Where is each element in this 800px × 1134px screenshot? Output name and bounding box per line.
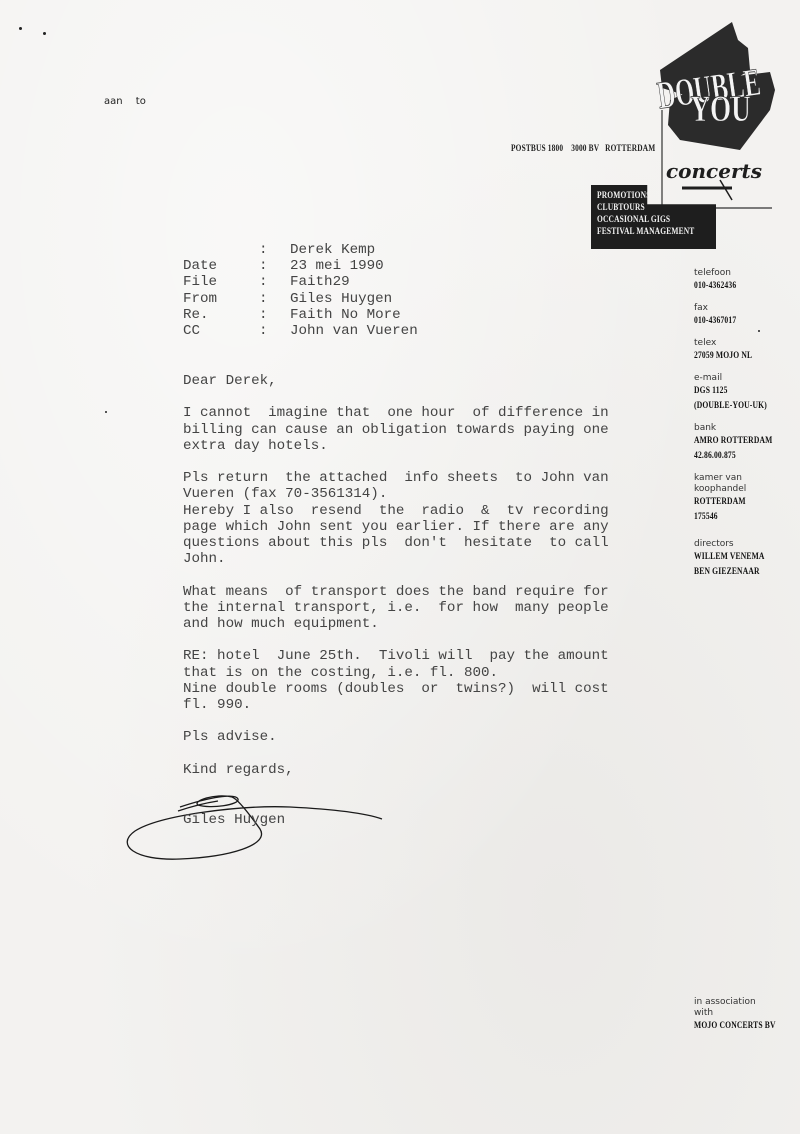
svg-text:concerts: concerts [666, 159, 762, 183]
contact-telefoon: telefoon010-4362436 [694, 268, 794, 294]
service-item: FESTIVAL MANAGEMENT [597, 226, 716, 238]
association-value: MOJO CONCERTS BV [694, 1019, 794, 1034]
to-label: to [136, 96, 146, 107]
contact-bank: bankAMRO ROTTERDAM42.86.00.875 [694, 423, 794, 464]
signatory-name: Giles Huygen [183, 812, 285, 828]
letter-body: Dear Derek, I cannot imagine that one ho… [183, 373, 673, 794]
salutation: Dear Derek, [183, 373, 673, 389]
header-row-to: :Derek Kemp [183, 242, 418, 258]
letter-paragraph: Pls return the attached info sheets to J… [183, 470, 673, 567]
header-row-from: From:Giles Huygen [183, 291, 418, 307]
association-block: in association with MOJO CONCERTS BV [694, 997, 794, 1034]
aan-label: aan [104, 96, 123, 107]
memo-header: :Derek Kemp Date:23 mei 1990 File:Faith2… [183, 242, 418, 339]
header-row-re: Re.:Faith No More [183, 307, 418, 323]
contact-e-mail: e-mailDGS 1125(DOUBLE-YOU-UK) [694, 373, 794, 414]
date-value: 23 mei 1990 [290, 258, 384, 274]
paper-speck [43, 32, 46, 35]
letter-paragraph: I cannot imagine that one hour of differ… [183, 405, 673, 454]
header-row-date: Date:23 mei 1990 [183, 258, 418, 274]
closing: Kind regards, [183, 762, 673, 778]
re-value: Faith No More [290, 307, 401, 323]
contact-column: telefoon010-4362436fax010-4367017telex27… [694, 268, 794, 580]
cc-value: John van Vueren [290, 323, 418, 339]
header-row-file: File:Faith29 [183, 274, 418, 290]
header-row-cc: CC:John van Vueren [183, 323, 418, 339]
svg-text:YOU: YOU [690, 89, 750, 130]
letter-paragraph: RE: hotel June 25th. Tivoli will pay the… [183, 648, 673, 713]
service-item: OCCASIONAL GIGS [597, 214, 716, 226]
to-value: Derek Kemp [290, 242, 375, 258]
paper-speck [19, 27, 22, 30]
from-value: Giles Huygen [290, 291, 392, 307]
association-label: in association with [694, 997, 764, 1019]
contact-telex: telex27059 MOJO NL [694, 338, 794, 364]
paper-speck [105, 411, 107, 413]
contact-kamer-van-koophandel: kamer van koophandelROTTERDAM175546 [694, 473, 794, 525]
contact-fax: fax010-4367017 [694, 303, 794, 329]
letter-paragraph: What means of transport does the band re… [183, 584, 673, 633]
file-value: Faith29 [290, 274, 350, 290]
contact-directors: directorsWILLEM VENEMABEN GIEZENAAR [694, 539, 794, 580]
recipient-label: aan to [104, 96, 156, 107]
letter-paragraph: Pls advise. [183, 729, 673, 745]
